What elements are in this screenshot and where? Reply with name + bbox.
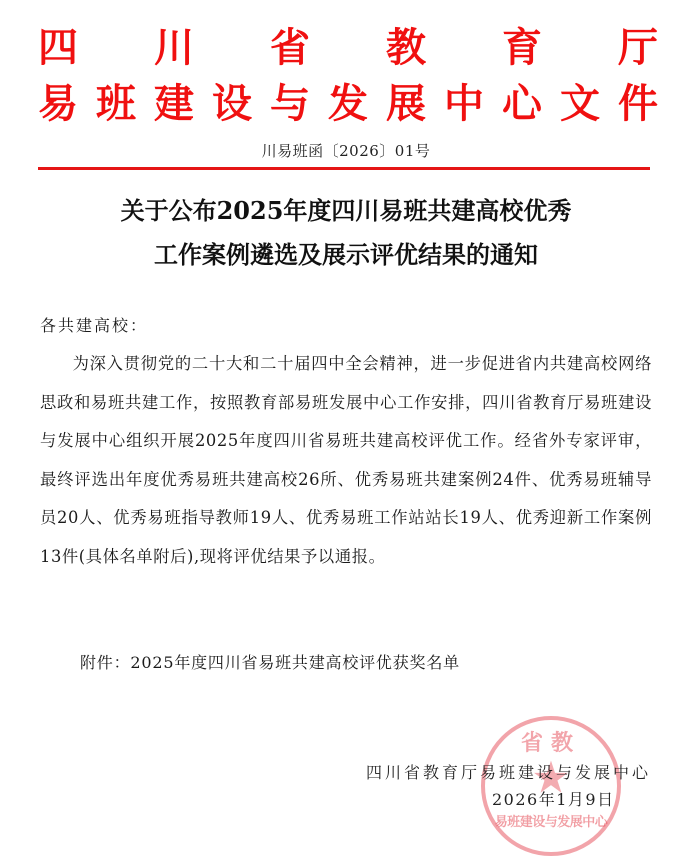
header-char: 易	[38, 80, 78, 128]
official-seal: 省教 ★ 易班建设与发展中心	[481, 716, 621, 856]
header-char: 省	[270, 24, 310, 72]
header-line-2: 易 班 建 设 与 发 展 中 心 文 件	[38, 80, 658, 128]
header-char: 厅	[618, 24, 658, 72]
header-char: 心	[502, 80, 542, 128]
attachment-note: 附件：2025年度四川省易班共建高校评优获奖名单	[80, 650, 460, 673]
header-char: 件	[618, 80, 658, 128]
header-line-1: 四 川 省 教 育 厅	[38, 24, 658, 72]
header-char: 班	[96, 80, 136, 128]
header-char: 设	[212, 80, 252, 128]
header-char: 育	[502, 24, 542, 72]
header-char: 展	[386, 80, 426, 128]
document-title-line-2: 工作案例遴选及展示评优结果的通知	[0, 235, 692, 270]
document-number: 川易班函〔2026〕01号	[0, 140, 692, 161]
header-char: 教	[386, 24, 426, 72]
body-paragraph: 为深入贯彻党的二十大和二十届四中全会精神，进一步促进省内共建高校网络思政和易班共…	[40, 345, 652, 576]
header-char: 四	[38, 24, 78, 72]
header-char: 川	[154, 24, 194, 72]
issue-date: 2026年1月9日	[492, 787, 615, 810]
seal-bottom-text: 易班建设与发展中心	[485, 811, 617, 830]
header-char: 文	[560, 80, 600, 128]
header-char: 发	[328, 80, 368, 128]
header-char: 中	[444, 80, 484, 128]
document-title-line-1: 关于公布2025年度四川易班共建高校优秀	[0, 191, 692, 226]
header-char: 与	[270, 80, 310, 128]
header-divider	[38, 167, 650, 170]
salutation: 各共建高校：	[40, 313, 148, 336]
issuer-name: 四川省教育厅易班建设与发展中心	[366, 760, 651, 783]
header-char: 建	[154, 80, 194, 128]
